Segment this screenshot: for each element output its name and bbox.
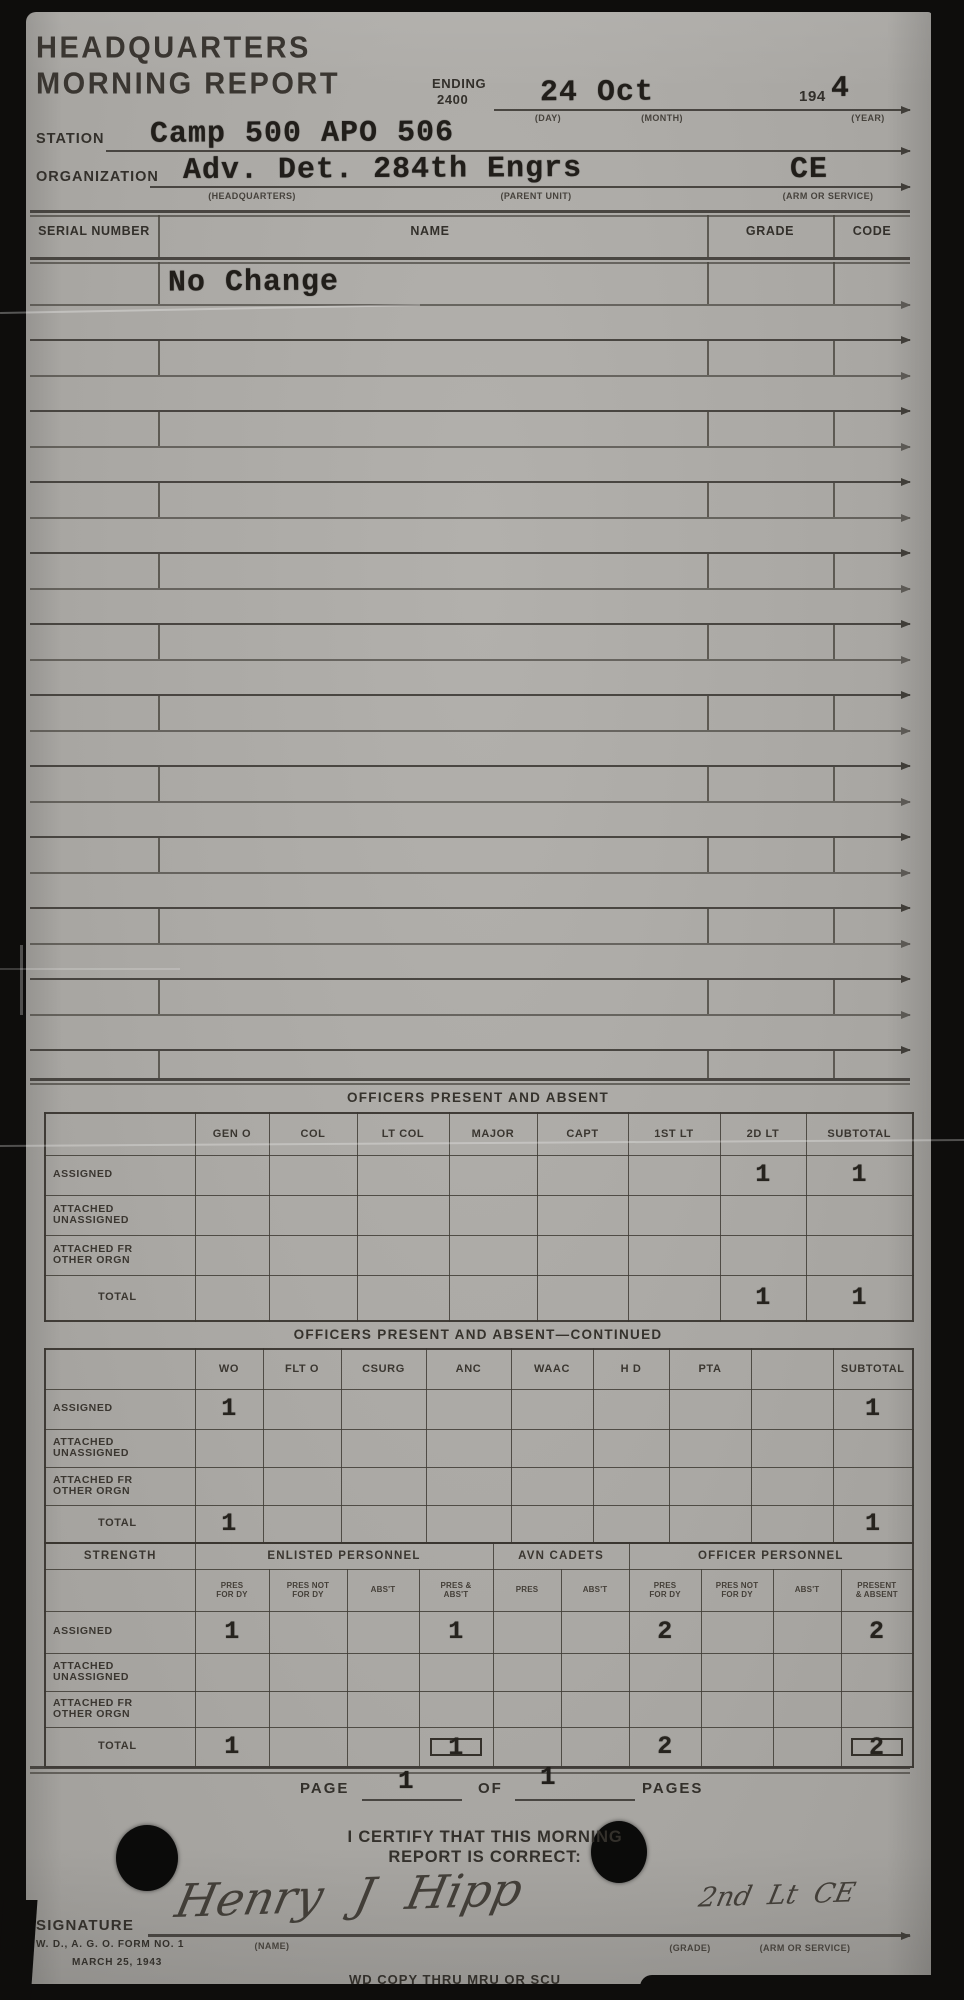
officers-table-title: OFFICERS PRESENT AND ABSENT [44, 1090, 912, 1105]
roster-rule [30, 375, 910, 377]
ending-label: ENDING [432, 76, 486, 91]
cell-value [593, 1467, 669, 1505]
roster-rule [158, 767, 160, 801]
organization-value: Adv. Det. 284th Engrs [183, 152, 582, 188]
roster-rule [30, 978, 910, 980]
row-label: ATTACHED FR OTHER ORGN [45, 1691, 195, 1727]
arm-service-sublabel: (ARM OR SERVICE) [783, 191, 874, 201]
roster-rule [30, 943, 910, 945]
date-value-typed: 24 Oct [540, 76, 654, 111]
cell-value [511, 1505, 593, 1543]
roster-rule [158, 412, 160, 446]
cell-value [701, 1653, 773, 1691]
cell-value [701, 1727, 773, 1767]
cell-value [347, 1611, 419, 1653]
officers-top-rule-1 [30, 1078, 910, 1081]
station-value: Camp 500 APO 506 [150, 116, 454, 152]
cell-value [195, 1235, 269, 1275]
column-header: ENLISTED PERSONNEL [195, 1543, 493, 1569]
date-rule [494, 109, 910, 111]
roster-rule [158, 980, 160, 1014]
cell-value: 1 [195, 1727, 269, 1767]
roster-rule [30, 481, 910, 483]
column-header: ANC [426, 1349, 511, 1389]
column-header: ABS'T [773, 1569, 841, 1611]
column-header: COL [269, 1113, 357, 1155]
roster-rule [30, 730, 910, 732]
cell-value [195, 1195, 269, 1235]
cell-value [347, 1653, 419, 1691]
cell-value [628, 1235, 720, 1275]
cell-value [449, 1235, 537, 1275]
morning-report-scan: HEADQUARTERS MORNING REPORT ENDING 2400 … [0, 0, 964, 2000]
strength-bottom-rule-1 [30, 1766, 910, 1769]
year-typed: 4 [831, 72, 850, 106]
column-header: AVN CADETS [493, 1543, 629, 1569]
roster-rule [707, 909, 709, 943]
column-header: SUBTOTAL [833, 1349, 913, 1389]
empty-header-cell [45, 1349, 195, 1389]
roster-header-code: CODE [853, 224, 892, 238]
cell-value [269, 1691, 347, 1727]
cell-value [263, 1467, 341, 1505]
row-label: ATTACHED UNASSIGNED [45, 1653, 195, 1691]
roster-rule [30, 659, 910, 661]
page-rule [362, 1799, 462, 1801]
cell-value [493, 1727, 561, 1767]
cell-value [195, 1691, 269, 1727]
cell-value [751, 1429, 833, 1467]
cell-value: 1 [806, 1155, 913, 1195]
cell-value [806, 1235, 913, 1275]
pages-label: PAGES [642, 1780, 703, 1797]
cell-value [593, 1505, 669, 1543]
cell-value: 2 [629, 1727, 701, 1767]
cell-value [629, 1691, 701, 1727]
scan-border-left [0, 0, 26, 2000]
roster-rule [707, 625, 709, 659]
cell-value: 2 [841, 1727, 913, 1767]
roster-rule [707, 696, 709, 730]
column-header: PRESENT & ABSENT [841, 1569, 913, 1611]
column-header: PRES FOR DY [195, 1569, 269, 1611]
column-header: LT COL [357, 1113, 449, 1155]
roster-rule [707, 341, 709, 375]
roster-header-grade: GRADE [746, 224, 794, 238]
cell-value: 2 [841, 1611, 913, 1653]
empty-header-cell [751, 1349, 833, 1389]
cell-value [773, 1611, 841, 1653]
cell-value [628, 1195, 720, 1235]
column-header: SUBTOTAL [806, 1113, 913, 1155]
row-label: ASSIGNED [45, 1155, 195, 1195]
cell-value [357, 1275, 449, 1321]
cell-value [269, 1727, 347, 1767]
roster-rule [30, 765, 910, 767]
cell-value [537, 1155, 628, 1195]
column-header: WO [195, 1349, 263, 1389]
cell-value: 1 [419, 1611, 493, 1653]
roster-rule [707, 412, 709, 446]
scan-border-blob [640, 1975, 964, 2000]
roster-header-serial: SERIAL NUMBER [38, 224, 150, 238]
row-label: ASSIGNED [45, 1389, 195, 1429]
row-label: ASSIGNED [45, 1611, 195, 1653]
column-header: 2D LT [720, 1113, 806, 1155]
roster-rule [833, 767, 835, 801]
cell-value: 1 [806, 1275, 913, 1321]
cell-value [773, 1653, 841, 1691]
cell-value [263, 1429, 341, 1467]
cell-value [347, 1691, 419, 1727]
officers-continued-table: WOFLT OCSURGANCWAACH DPTASUBTOTALASSIGNE… [44, 1348, 914, 1544]
roster-rule [30, 410, 910, 412]
cell-value [511, 1429, 593, 1467]
roster-rule [833, 909, 835, 943]
cell-value [511, 1467, 593, 1505]
column-header: STRENGTH [45, 1543, 195, 1569]
ending-time: 2400 [437, 92, 468, 107]
cell-value [357, 1155, 449, 1195]
cell-value [263, 1505, 341, 1543]
cell-value [537, 1235, 628, 1275]
cell-value: 1 [195, 1389, 263, 1429]
cell-value [593, 1429, 669, 1467]
cell-value [537, 1195, 628, 1235]
roster-header-name: NAME [410, 224, 449, 238]
cell-value [669, 1505, 751, 1543]
cell-value [195, 1653, 269, 1691]
column-header: CAPT [537, 1113, 628, 1155]
roster-rule [30, 907, 910, 909]
cell-value [493, 1611, 561, 1653]
cell-value [751, 1505, 833, 1543]
cell-value: 1 [833, 1505, 913, 1543]
column-header: 1ST LT [628, 1113, 720, 1155]
signature-label: SIGNATURE [36, 1917, 134, 1934]
empty-header-cell [45, 1569, 195, 1611]
cell-value [195, 1275, 269, 1321]
form-date: MARCH 25, 1943 [72, 1957, 162, 1968]
roster-rule [30, 552, 910, 554]
roster-rule [707, 767, 709, 801]
cell-value [669, 1467, 751, 1505]
cell-value [269, 1195, 357, 1235]
form-title-line2: MORNING REPORT [36, 67, 340, 101]
roster-rule [158, 483, 160, 517]
cell-value [720, 1195, 806, 1235]
cell-value [561, 1653, 629, 1691]
cell-value [628, 1275, 720, 1321]
column-header: PTA [669, 1349, 751, 1389]
cell-value [357, 1235, 449, 1275]
cell-value [701, 1611, 773, 1653]
cell-value [269, 1235, 357, 1275]
signature-grade-script: 2nd Lt CE [696, 1877, 858, 1913]
column-header: PRES FOR DY [629, 1569, 701, 1611]
form-number: W. D., A. G. O. FORM NO. 1 [36, 1939, 184, 1950]
parent-unit-sublabel: (PARENT UNIT) [500, 191, 571, 201]
cell-value: 1 [195, 1505, 263, 1543]
cell-value [629, 1653, 701, 1691]
strength-table: STRENGTHENLISTED PERSONNELAVN CADETSOFFI… [44, 1542, 914, 1768]
cell-value [341, 1467, 426, 1505]
cell-value [419, 1691, 493, 1727]
cell-value [751, 1389, 833, 1429]
cell-value [841, 1691, 913, 1727]
officers-present-absent-table: GEN OCOLLT COLMAJORCAPT1ST LT2D LTSUBTOT… [44, 1112, 914, 1322]
cell-value [669, 1429, 751, 1467]
cell-value [449, 1195, 537, 1235]
cell-value [593, 1389, 669, 1429]
organization-label: ORGANIZATION [36, 169, 159, 185]
cell-value [561, 1691, 629, 1727]
column-header: WAAC [511, 1349, 593, 1389]
roster-rule [30, 446, 910, 448]
column-header: CSURG [341, 1349, 426, 1389]
roster-rule [30, 872, 910, 874]
cell-value [269, 1653, 347, 1691]
cell-value [493, 1653, 561, 1691]
cell-value: 1 [720, 1275, 806, 1321]
cell-value: 2 [629, 1611, 701, 1653]
roster-rule [30, 517, 910, 519]
organization-arm-value: CE [790, 153, 828, 187]
roster-rule [707, 554, 709, 588]
column-header: PRES NOT FOR DY [701, 1569, 773, 1611]
roster-rule [707, 262, 709, 304]
cell-value: 1 [195, 1611, 269, 1653]
pages-rule [515, 1799, 635, 1801]
form-title-line1: HEADQUARTERS [36, 31, 311, 65]
row-label: ATTACHED FR OTHER ORGN [45, 1467, 195, 1505]
roster-rule [30, 694, 910, 696]
roster-rule [30, 304, 910, 306]
roster-rule [30, 836, 910, 838]
roster-rule [833, 696, 835, 730]
cell-value [537, 1275, 628, 1321]
cell-value [806, 1195, 913, 1235]
station-label: STATION [36, 131, 104, 147]
certify-line1: I CERTIFY THAT THIS MORNING [348, 1828, 623, 1847]
cell-value [419, 1653, 493, 1691]
roster-header-divider [707, 215, 709, 257]
strength-bottom-rule-2 [30, 1772, 910, 1774]
roster-rule [833, 483, 835, 517]
cell-value [561, 1727, 629, 1767]
cell-value [341, 1429, 426, 1467]
page-label: PAGE [300, 1780, 349, 1797]
roster-rule [158, 341, 160, 375]
roster-rule [833, 412, 835, 446]
roster-entry-no-change: No Change [168, 266, 339, 301]
roster-rule [833, 838, 835, 872]
roster-rule [158, 909, 160, 943]
cell-value [493, 1691, 561, 1727]
arm-service-sublabel-2: (ARM OR SERVICE) [760, 1943, 851, 1953]
roster-rule [158, 554, 160, 588]
row-label: ATTACHED UNASSIGNED [45, 1195, 195, 1235]
roster-header-bottom-rule-2 [30, 262, 910, 264]
headquarters-sublabel: (HEADQUARTERS) [208, 191, 296, 201]
day-label: (DAY) [535, 113, 561, 123]
roster-rule [30, 1014, 910, 1016]
cell-value [341, 1389, 426, 1429]
cell-value [511, 1389, 593, 1429]
column-header: H D [593, 1349, 669, 1389]
roster-rule [833, 1051, 835, 1078]
organization-rule [150, 186, 910, 188]
scan-border-right [931, 0, 964, 2000]
row-label: TOTAL [45, 1505, 195, 1543]
roster-rule [30, 623, 910, 625]
cell-value [357, 1195, 449, 1235]
roster-rule [707, 980, 709, 1014]
roster-rule [158, 262, 160, 304]
cell-value [449, 1275, 537, 1321]
roster-rule [158, 625, 160, 659]
cell-value [426, 1389, 511, 1429]
roster-rule [833, 341, 835, 375]
column-header: PRES [493, 1569, 561, 1611]
cell-value [628, 1155, 720, 1195]
grade-sublabel: (GRADE) [669, 1943, 710, 1953]
page-value-typed: 1 [398, 1766, 414, 1796]
roster-rule [833, 980, 835, 1014]
empty-header-cell [45, 1113, 195, 1155]
roster-rule [30, 1049, 910, 1051]
row-label: TOTAL [45, 1727, 195, 1767]
cell-value [773, 1691, 841, 1727]
cell-value: 1 [720, 1155, 806, 1195]
month-label: (MONTH) [641, 113, 683, 123]
roster-header-bottom-rule-1 [30, 257, 910, 260]
column-header: MAJOR [449, 1113, 537, 1155]
year-printed: 194 [799, 88, 826, 105]
roster-rule [30, 801, 910, 803]
row-label: ATTACHED UNASSIGNED [45, 1429, 195, 1467]
roster-header-divider [158, 215, 160, 257]
column-header: PRES NOT FOR DY [269, 1569, 347, 1611]
cell-value [841, 1653, 913, 1691]
cell-value [195, 1429, 263, 1467]
cell-value [449, 1155, 537, 1195]
year-label: (YEAR) [851, 113, 884, 123]
roster-rule [158, 696, 160, 730]
cell-value: 1 [833, 1389, 913, 1429]
roster-rule [30, 339, 910, 341]
cell-value [561, 1611, 629, 1653]
roster-rule [833, 262, 835, 304]
roster-header-divider [833, 215, 835, 257]
cell-value [195, 1467, 263, 1505]
cell-value [269, 1155, 357, 1195]
boxed-total-value: 1 [430, 1738, 482, 1756]
roster-rule [158, 1051, 160, 1078]
scan-border-top [0, 0, 964, 12]
cell-value [426, 1505, 511, 1543]
roster-rule [833, 554, 835, 588]
roster-rule [707, 1051, 709, 1078]
cell-value [269, 1611, 347, 1653]
cell-value [833, 1467, 913, 1505]
cell-value [701, 1691, 773, 1727]
column-header: ABS'T [561, 1569, 629, 1611]
column-header: ABS'T [347, 1569, 419, 1611]
cell-value [751, 1467, 833, 1505]
row-label: ATTACHED FR OTHER ORGN [45, 1235, 195, 1275]
signature-rule [148, 1934, 910, 1937]
cell-value: 1 [419, 1727, 493, 1767]
cell-value [195, 1155, 269, 1195]
cell-value [426, 1467, 511, 1505]
boxed-total-value: 2 [851, 1738, 903, 1756]
column-header: FLT O [263, 1349, 341, 1389]
officers-continued-title: OFFICERS PRESENT AND ABSENT—CONTINUED [44, 1327, 912, 1342]
row-label: TOTAL [45, 1275, 195, 1321]
roster-rule [707, 483, 709, 517]
cell-value [426, 1429, 511, 1467]
cell-value [773, 1727, 841, 1767]
of-label: OF [478, 1780, 503, 1797]
cell-value [669, 1389, 751, 1429]
column-header: GEN O [195, 1113, 269, 1155]
cell-value [833, 1429, 913, 1467]
cell-value [269, 1275, 357, 1321]
column-header: PRES & ABS'T [419, 1569, 493, 1611]
roster-rule [707, 838, 709, 872]
cell-value [263, 1389, 341, 1429]
roster-rule [30, 588, 910, 590]
roster-top-rule-2 [30, 215, 910, 217]
punch-hole-left [116, 1825, 178, 1891]
column-header: OFFICER PERSONNEL [629, 1543, 913, 1569]
cell-value [341, 1505, 426, 1543]
name-sublabel: (NAME) [255, 1941, 290, 1951]
roster-top-rule-1 [30, 210, 910, 213]
roster-rule [158, 838, 160, 872]
officers-top-rule-2 [30, 1083, 910, 1085]
roster-rule [833, 625, 835, 659]
pages-value-typed: 1 [540, 1762, 556, 1792]
cell-value [347, 1727, 419, 1767]
cell-value [720, 1235, 806, 1275]
